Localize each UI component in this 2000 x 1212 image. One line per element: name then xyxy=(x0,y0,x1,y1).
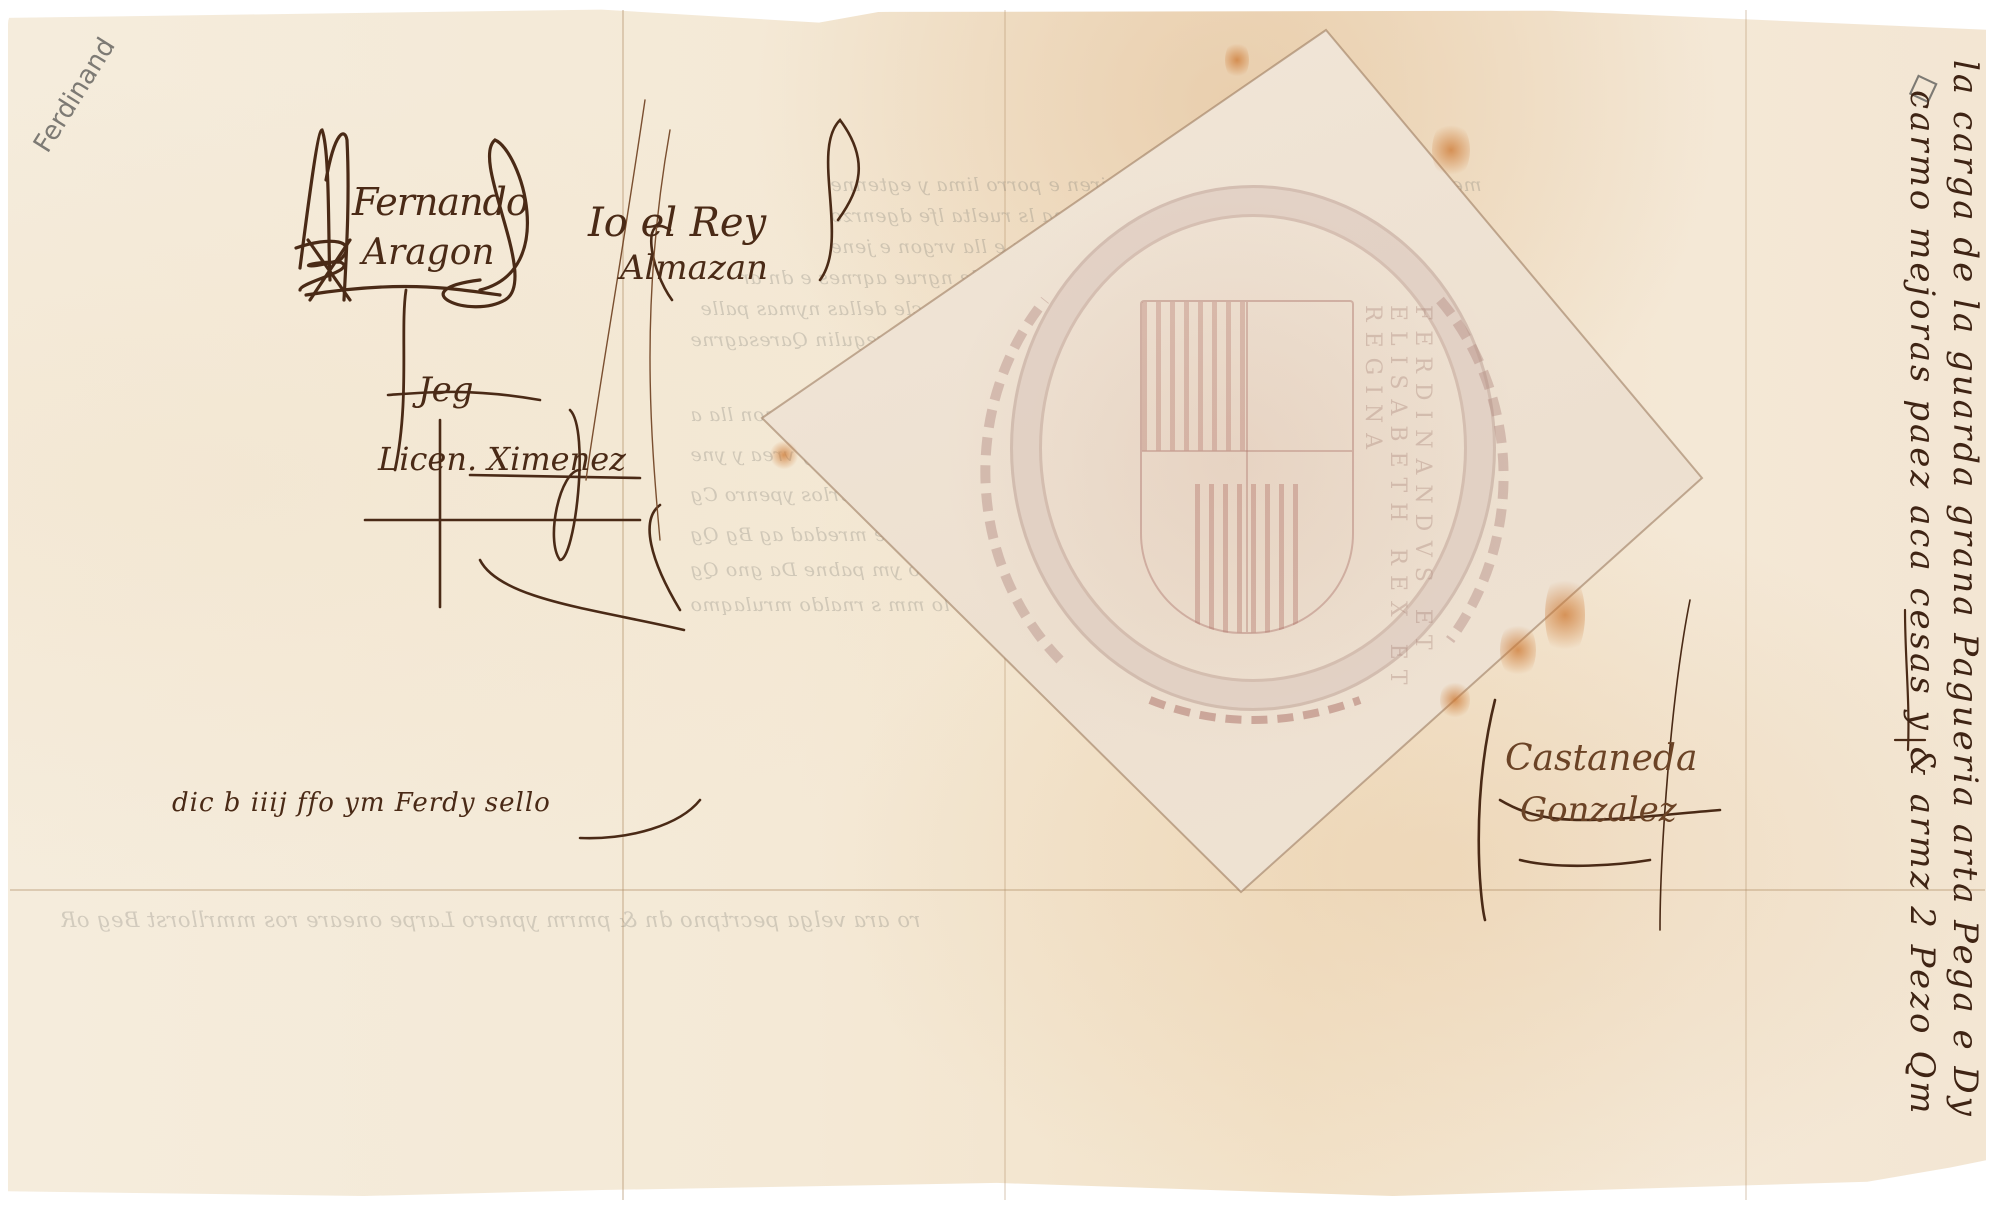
registry-line: dic b iiij ffo ym Ferdy sello xyxy=(172,788,551,818)
signature-secretary-line1: Jeg xyxy=(418,370,474,410)
signature-castaneda-line1: Castaneda xyxy=(1505,738,1697,779)
side-note-line1: la carga de la guarda grana Pagueria art… xyxy=(1945,60,1985,1119)
seal-legend: FERDINANDVS ET ELISABETH REX ET REGINA xyxy=(1010,185,1490,705)
signature-royal-2-line1: Io el Rey xyxy=(588,200,766,246)
signature-royal-1-line2: Aragon xyxy=(362,232,495,273)
signature-royal-2-line2: Almazan xyxy=(620,248,768,288)
signature-secretary-line2: Licen. Ximenez xyxy=(378,440,626,478)
signature-royal-1-line1: Fernando xyxy=(352,180,528,224)
signature-castaneda-line2: Gonzalez xyxy=(1520,790,1677,830)
signature-strokes xyxy=(0,0,2000,1212)
side-note-line2: carmo mejoras paez aca cesas y & armz 2 … xyxy=(1902,90,1942,1116)
seal-legend-text: FERDINANDVS ET ELISABETH REX ET REGINA xyxy=(1360,305,1435,705)
